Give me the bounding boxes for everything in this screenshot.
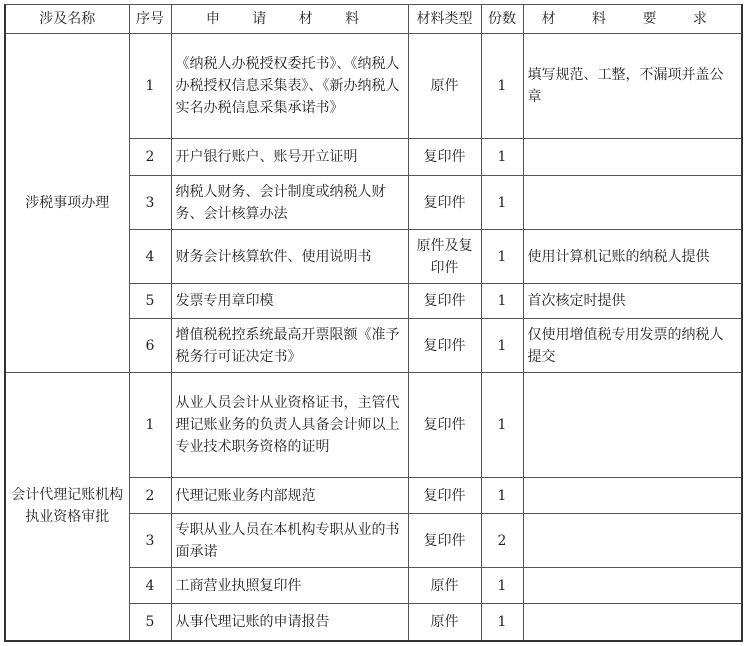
row-qty: 1 bbox=[481, 604, 523, 641]
row-requirement: 仅使用增值税专用发票的纳税人提交 bbox=[523, 319, 742, 373]
row-qty: 1 bbox=[481, 34, 523, 139]
row-requirement: 使用计算机记账的纳税人提供 bbox=[523, 230, 742, 284]
row-material: 发票专用章印模 bbox=[171, 284, 408, 319]
row-no: 5 bbox=[129, 604, 171, 641]
row-material: 开户银行账户、账号开立证明 bbox=[171, 139, 408, 176]
row-requirement bbox=[523, 478, 742, 514]
section-name: 会计代理记账机构执业资格审批 bbox=[5, 373, 129, 641]
row-no: 2 bbox=[129, 478, 171, 514]
header-material: 申 请 材 料 bbox=[171, 5, 408, 34]
row-material: 专职从业人员在本机构专职从业的书面承诺 bbox=[171, 514, 408, 568]
row-requirement bbox=[523, 176, 742, 230]
row-no: 1 bbox=[129, 34, 171, 139]
section-name: 涉税事项办理 bbox=[5, 34, 129, 373]
row-no: 3 bbox=[129, 514, 171, 568]
row-qty: 1 bbox=[481, 373, 523, 478]
header-row: 涉及名称 序号 申 请 材 料 材料类型 份数 材 料 要 求 bbox=[5, 5, 742, 34]
row-no: 5 bbox=[129, 284, 171, 319]
row-requirement bbox=[523, 568, 742, 604]
row-type: 复印件 bbox=[408, 284, 481, 319]
row-qty: 1 bbox=[481, 319, 523, 373]
row-material: 财务会计核算软件、使用说明书 bbox=[171, 230, 408, 284]
row-qty: 1 bbox=[481, 478, 523, 514]
row-type: 复印件 bbox=[408, 319, 481, 373]
header-qty: 份数 bbox=[481, 5, 523, 34]
row-qty: 2 bbox=[481, 514, 523, 568]
row-material: 代理记账业务内部规范 bbox=[171, 478, 408, 514]
row-qty: 1 bbox=[481, 284, 523, 319]
row-requirement bbox=[523, 139, 742, 176]
header-type: 材料类型 bbox=[408, 5, 481, 34]
table-row: 涉税事项办理 1 《纳税人办税授权委托书》、《纳税人办税授权信息采集表》、《新办… bbox=[5, 34, 742, 139]
row-type: 复印件 bbox=[408, 478, 481, 514]
row-no: 4 bbox=[129, 230, 171, 284]
row-qty: 1 bbox=[481, 176, 523, 230]
application-materials-table: 涉及名称 序号 申 请 材 料 材料类型 份数 材 料 要 求 涉税事项办理 1… bbox=[4, 4, 743, 642]
row-no: 4 bbox=[129, 568, 171, 604]
row-no: 6 bbox=[129, 319, 171, 373]
row-type: 原件 bbox=[408, 568, 481, 604]
row-requirement: 首次核定时提供 bbox=[523, 284, 742, 319]
row-requirement bbox=[523, 604, 742, 641]
row-material: 纳税人财务、会计制度或纳税人财务、会计核算办法 bbox=[171, 176, 408, 230]
row-requirement: 填写规范、工整，不漏项并盖公章 bbox=[523, 34, 742, 139]
row-no: 2 bbox=[129, 139, 171, 176]
row-material: 增值税税控系统最高开票限额《准予税务行可证决定书》 bbox=[171, 319, 408, 373]
row-requirement bbox=[523, 514, 742, 568]
row-qty: 1 bbox=[481, 568, 523, 604]
row-material: 从业人员会计从业资格证书，主管代理记账业务的负责人具备会计师以上专业技术职务资格… bbox=[171, 373, 408, 478]
row-requirement bbox=[523, 373, 742, 478]
header-name: 涉及名称 bbox=[5, 5, 129, 34]
row-type: 复印件 bbox=[408, 514, 481, 568]
header-requirement: 材 料 要 求 bbox=[523, 5, 742, 34]
table-row: 会计代理记账机构执业资格审批 1 从业人员会计从业资格证书，主管代理记账业务的负… bbox=[5, 373, 742, 478]
row-material: 工商营业执照复印件 bbox=[171, 568, 408, 604]
row-no: 3 bbox=[129, 176, 171, 230]
row-type: 原件 bbox=[408, 34, 481, 139]
row-no: 1 bbox=[129, 373, 171, 478]
row-material: 《纳税人办税授权委托书》、《纳税人办税授权信息采集表》、《新办纳税人实名办税信息… bbox=[171, 34, 408, 139]
row-type: 复印件 bbox=[408, 373, 481, 478]
row-type: 复印件 bbox=[408, 176, 481, 230]
row-material: 从事代理记账的申请报告 bbox=[171, 604, 408, 641]
row-type: 复印件 bbox=[408, 139, 481, 176]
row-qty: 1 bbox=[481, 230, 523, 284]
row-type: 原件 bbox=[408, 604, 481, 641]
header-no: 序号 bbox=[129, 5, 171, 34]
row-type: 原件及复印件 bbox=[408, 230, 481, 284]
row-qty: 1 bbox=[481, 139, 523, 176]
